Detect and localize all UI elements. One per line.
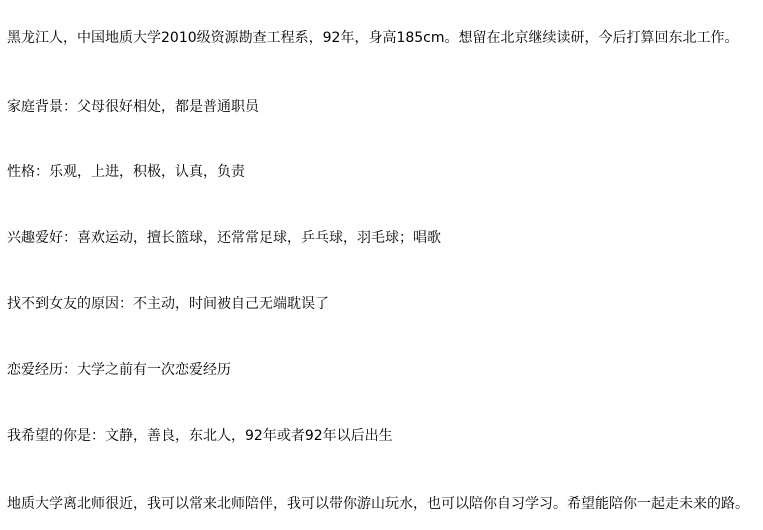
intro-line: 黑龙江人，中国地质大学2010级资源勘查工程系，92年，身高185cm。想留在北…: [7, 30, 761, 46]
hobbies-line: 兴趣爱好：喜欢运动，擅长篮球，还常常足球，乒乓球，羽毛球；唱歌: [7, 230, 761, 246]
personality-line: 性格：乐观，上进，积极，认真，负责: [7, 164, 761, 180]
family-background-line: 家庭背景：父母很好相处，都是普通职员: [7, 99, 761, 115]
love-history-line: 恋爱经历：大学之前有一次恋爱经历: [7, 362, 761, 378]
reason-single-line: 找不到女友的原因：不主动，时间被自己无端耽误了: [7, 296, 761, 312]
closing-line: 地质大学离北师很近，我可以常来北师陪伴，我可以带你游山玩水，也可以陪你自习学习。…: [7, 496, 761, 512]
expectations-line: 我希望的你是：文静，善良，东北人，92年或者92年以后出生: [7, 428, 761, 444]
personal-ad-document: 黑龙江人，中国地质大学2010级资源勘查工程系，92年，身高185cm。想留在北…: [0, 0, 763, 530]
